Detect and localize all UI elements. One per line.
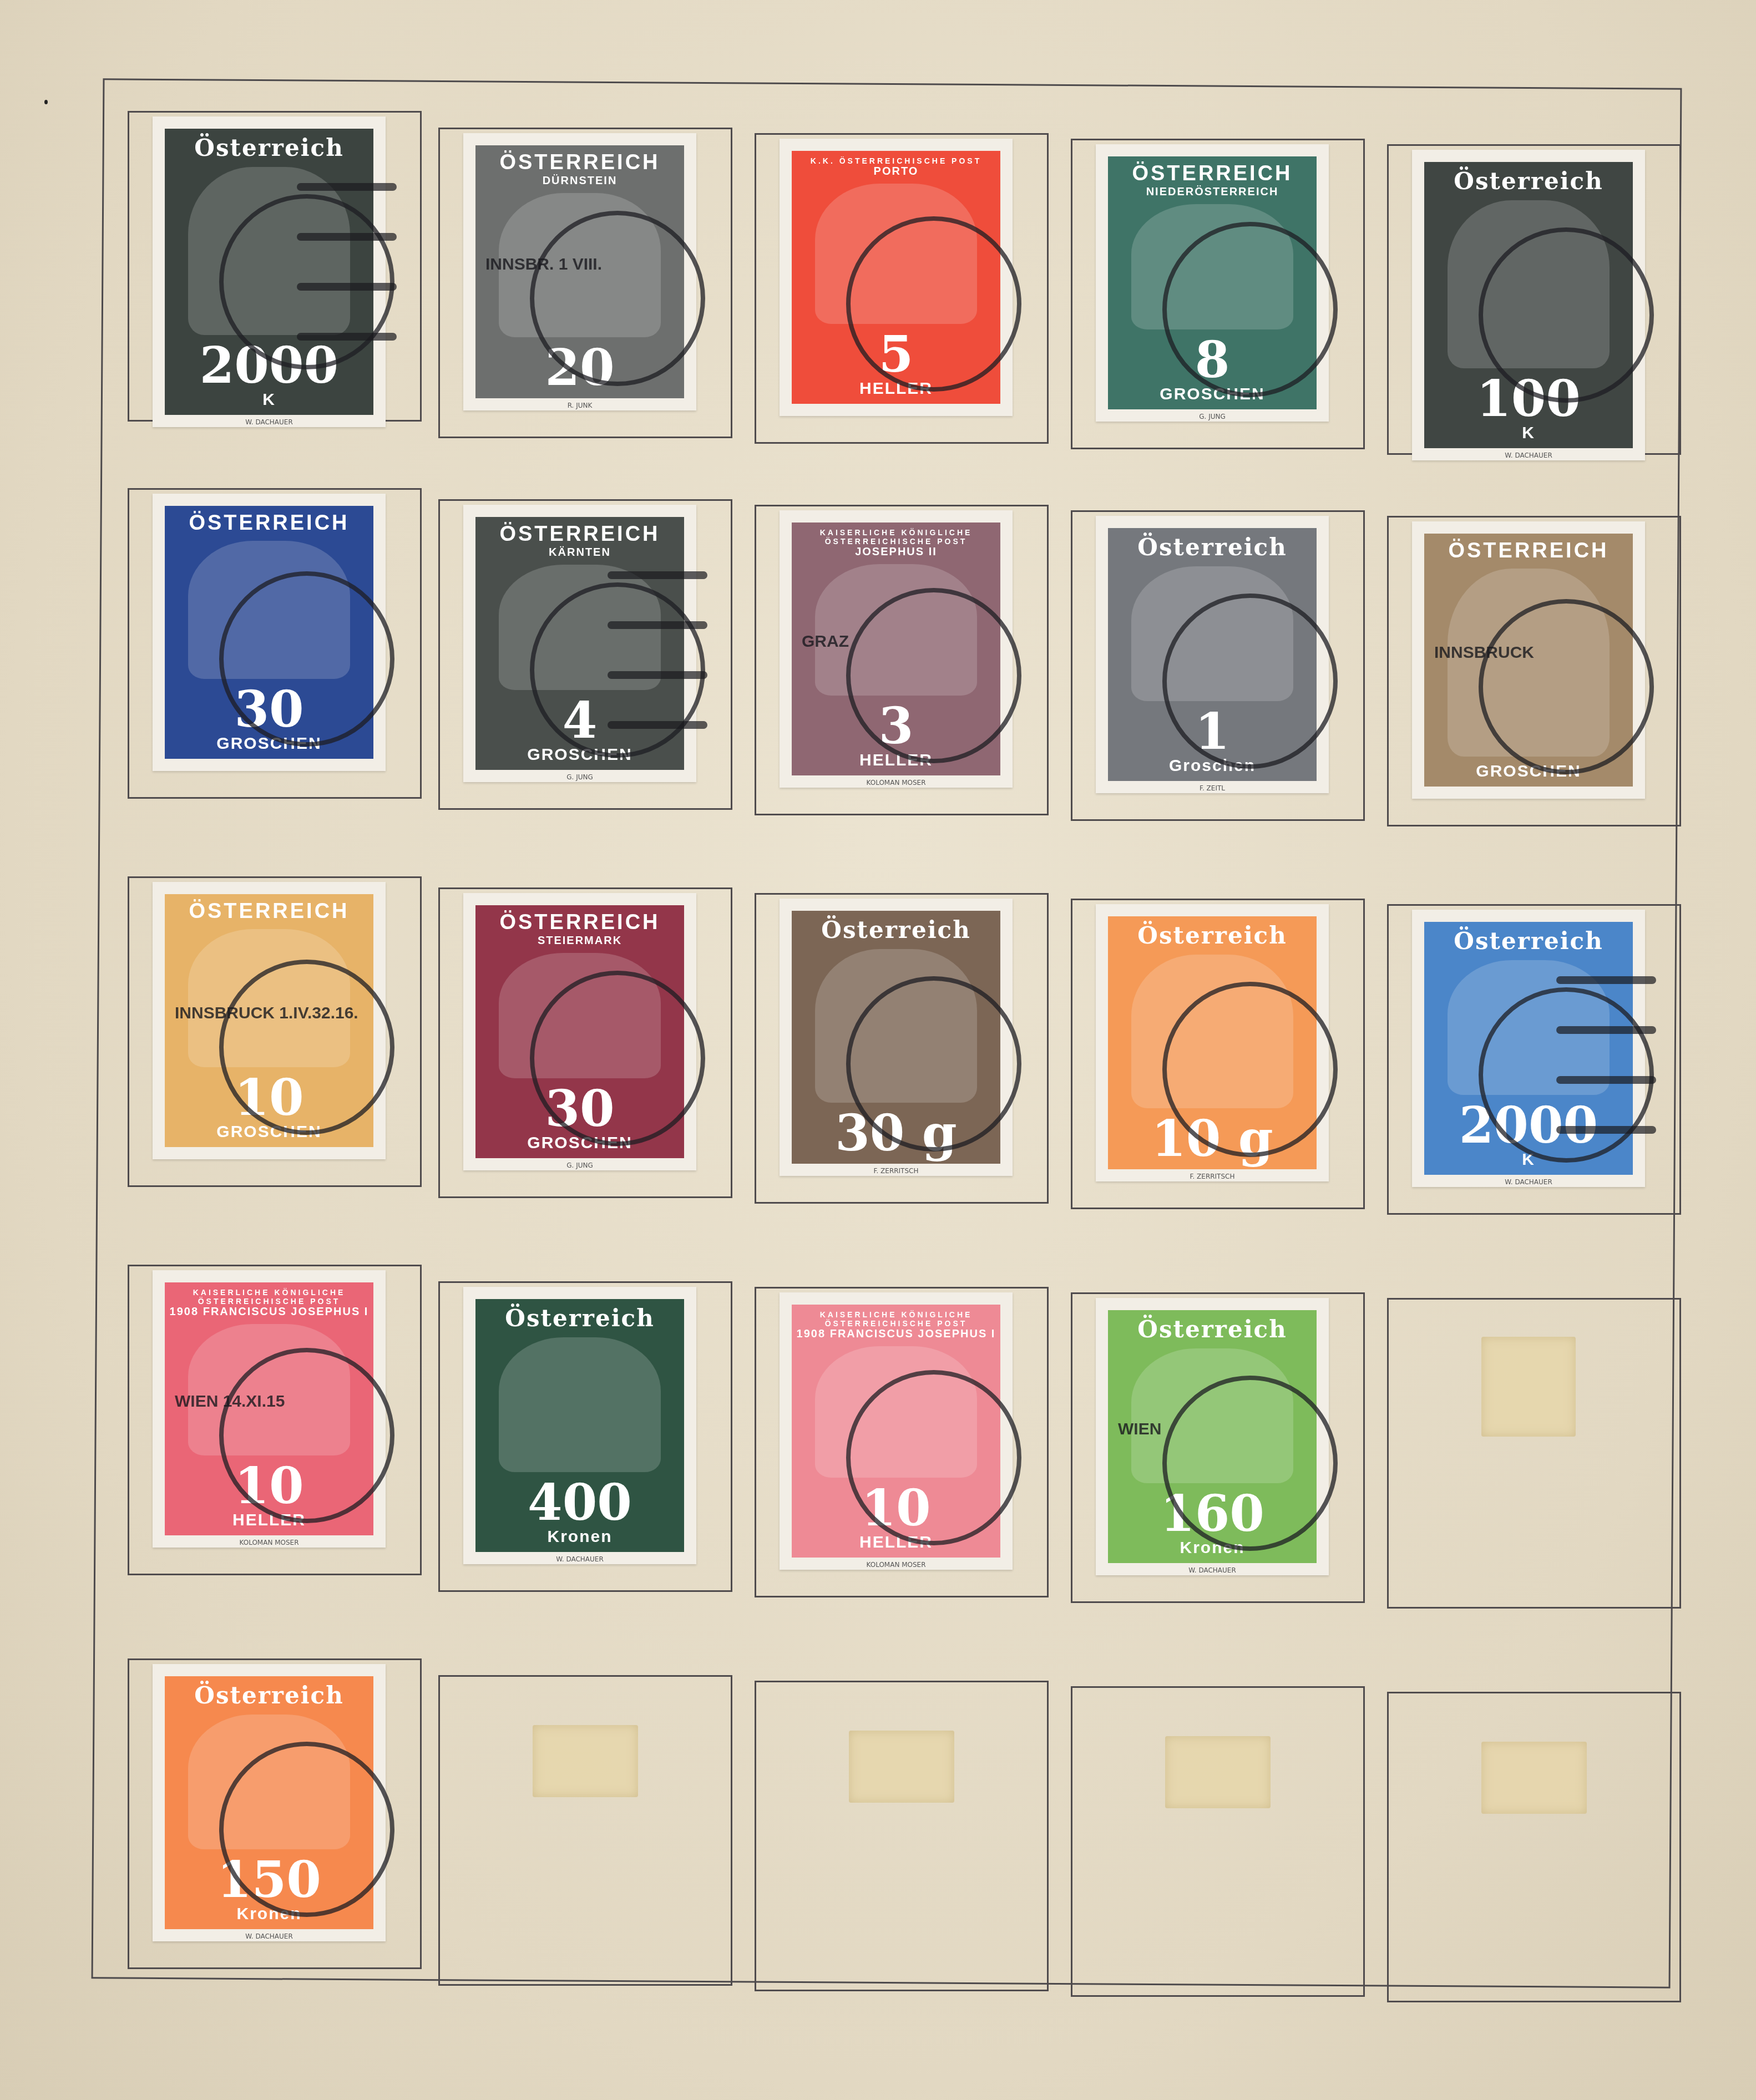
stamp-currency: GROSCHEN [216, 1123, 321, 1142]
stamp[interactable]: F. ZEITLÖsterreich1Groschen [1096, 516, 1329, 793]
stamp-value: 5 [879, 329, 914, 379]
postmark-bar [608, 621, 707, 629]
stamp[interactable]: KOLOMAN MOSERKAISERLICHE KÖNIGLICHE ÖSTE… [153, 1270, 386, 1548]
stamp[interactable]: F. ZERRITSCHÖsterreich30 g [780, 899, 1013, 1176]
stamp-hinge-remnant [849, 1731, 954, 1803]
stamp-designer-imprint: KOLOMAN MOSER [780, 1561, 1013, 1569]
stamp-value: 30 [545, 1084, 614, 1134]
paper-speck [44, 100, 48, 104]
postmark-text: WIEN [1118, 1420, 1161, 1439]
stamp-currency: Kronen [1180, 1539, 1245, 1558]
stamp-designer-imprint: F. ZERRITSCH [1096, 1173, 1329, 1180]
stamp[interactable]: K.K. ÖSTERREICHISCHE POSTPORTO5HELLER [780, 139, 1013, 416]
stamp-portrait-motif [815, 184, 976, 324]
stamp-designer-imprint: KOLOMAN MOSER [153, 1539, 386, 1546]
stamp-hinge-remnant [1165, 1736, 1271, 1808]
postmark-bar [1556, 1126, 1656, 1134]
stamp-country-text: KAISERLICHE KÖNIGLICHE ÖSTERREICHISCHE P… [168, 1288, 370, 1306]
stamp-portrait-motif [1131, 1348, 1293, 1483]
stamp-designer-imprint: G. JUNG [1096, 413, 1329, 420]
stamp-design: Österreich100K [1424, 162, 1633, 448]
stamp-currency: K [1522, 1150, 1535, 1169]
stamp[interactable]: KOLOMAN MOSERKAISERLICHE KÖNIGLICHE ÖSTE… [780, 1292, 1013, 1570]
stamp-value: 100 [1476, 374, 1581, 424]
stamp-currency: HELLER [859, 379, 933, 398]
stamp-value: 4 [563, 696, 598, 745]
stamp-country-text: Österreich [821, 916, 970, 944]
postmark-text: INNSBRUCK 1.IV.32.16. [175, 1004, 358, 1023]
stamp-portrait-motif [188, 541, 350, 679]
stamp[interactable]: ÖSTERREICHGROSCHENINNSBRUCK [1412, 521, 1645, 799]
stamp-design: ÖSTERREICHSTEIERMARK30GROSCHEN [475, 905, 684, 1158]
stamp-country-text: ÖSTERREICH [189, 900, 349, 924]
stamp-design: Österreich2000K [1424, 922, 1633, 1175]
postmark-text: WIEN 14.XI.15 [175, 1392, 285, 1411]
stamp[interactable]: W. DACHAUERÖsterreich400Kronen [463, 1287, 696, 1564]
stamp-hinge-remnant [1481, 1337, 1576, 1437]
stamp-portrait-motif [188, 167, 350, 335]
stamp[interactable]: W. DACHAUERÖsterreich100K [1412, 150, 1645, 460]
stamp-designer-imprint: F. ZERRITSCH [780, 1167, 1013, 1175]
stamp[interactable]: KOLOMAN MOSERKAISERLICHE KÖNIGLICHE ÖSTE… [780, 510, 1013, 788]
stamp-country-text: KAISERLICHE KÖNIGLICHE ÖSTERREICHISCHE P… [795, 1310, 997, 1328]
stamp-portrait-motif [188, 1715, 350, 1849]
stamp-portrait-motif [815, 949, 976, 1103]
stamp-country-text: KAISERLICHE KÖNIGLICHE ÖSTERREICHISCHE P… [795, 528, 997, 546]
stamp-country-text: Österreich [194, 1682, 343, 1709]
stamp-slot [755, 1681, 1049, 1991]
stamp-portrait-motif [1131, 955, 1293, 1108]
stamp[interactable]: W. DACHAUERÖsterreich150Kronen [153, 1664, 386, 1941]
stamp-country-text: K.K. ÖSTERREICHISCHE POST [811, 156, 981, 165]
postmark-bar [297, 183, 397, 191]
stamp-design: ÖSTERREICHKÄRNTEN4GROSCHEN [475, 517, 684, 770]
stamp-value: 2000 [200, 341, 339, 390]
stamp-designer-imprint: R. JUNK [463, 402, 696, 409]
stamp-portrait-motif [499, 1337, 660, 1472]
stamp[interactable]: F. ZERRITSCHÖsterreich10 g [1096, 904, 1329, 1181]
stamp-country-text: Österreich [1137, 534, 1287, 561]
stamp-hinge-remnant [1481, 1742, 1587, 1814]
stamp-value: 10 [234, 1461, 303, 1511]
stamp-designer-imprint: KOLOMAN MOSER [780, 779, 1013, 787]
stamp[interactable]: ÖSTERREICH10GROSCHENINNSBRUCK 1.IV.32.16… [153, 882, 386, 1159]
stamp-currency: Groschen [1169, 757, 1256, 775]
stamp[interactable]: G. JUNGÖSTERREICHKÄRNTEN4GROSCHEN [463, 505, 696, 782]
stamp-value: 1 [1195, 707, 1230, 757]
stamp-design: Österreich400Kronen [475, 1299, 684, 1552]
stamp-currency: Kronen [237, 1905, 302, 1924]
stamp-caption: JOSEPHUS II [855, 546, 937, 559]
postmark-bar [1556, 1026, 1656, 1034]
stamp-value: 10 [861, 1483, 930, 1533]
stamp-portrait-motif [499, 953, 660, 1078]
stamp[interactable]: R. JUNKÖSTERREICHDÜRNSTEIN20INNSBR. 1 VI… [463, 133, 696, 410]
stamp-currency: GROSCHEN [527, 745, 632, 764]
stamp-currency: HELLER [859, 751, 933, 770]
stamp[interactable]: G. JUNGÖSTERREICHNIEDERÖSTERREICH8GROSCH… [1096, 144, 1329, 422]
stamp-designer-imprint: G. JUNG [463, 1161, 696, 1169]
postmark-bar [608, 721, 707, 729]
stamp-design: Österreich10 g [1108, 916, 1317, 1169]
postmark-bar [1556, 1076, 1656, 1084]
stamp-design: ÖSTERREICH30GROSCHEN [165, 506, 373, 759]
stamp-caption: 1908 FRANCISCUS JOSEPHUS I [797, 1328, 996, 1341]
stamp-value: 400 [528, 1478, 632, 1528]
stamp-country-text: ÖSTERREICH [499, 151, 660, 175]
postmark-text: INNSBR. 1 VIII. [485, 255, 602, 274]
stamp-currency: HELLER [232, 1511, 306, 1530]
stamp-designer-imprint: W. DACHAUER [153, 418, 386, 426]
stamp-portrait-motif [188, 1324, 350, 1455]
stamp-country-text: Österreich [1454, 168, 1603, 195]
stamp[interactable]: W. DACHAUERÖsterreich2000K [153, 116, 386, 427]
stamp-value: 20 [545, 343, 614, 393]
stamp[interactable]: W. DACHAUERÖsterreich2000K [1412, 910, 1645, 1187]
stamp-design: K.K. ÖSTERREICHISCHE POSTPORTO5HELLER [792, 151, 1000, 404]
postmark-text: INNSBRUCK [1434, 643, 1534, 662]
stamp-value: 30 [234, 684, 303, 734]
stamp-portrait-motif [1131, 566, 1293, 701]
stamp-designer-imprint: W. DACHAUER [1412, 452, 1645, 459]
stamp-caption: KÄRNTEN [549, 546, 611, 559]
stamp-portrait-motif [1131, 204, 1293, 329]
postmark-bar [608, 571, 707, 579]
stamp-slot [438, 1675, 732, 1986]
postmark-bar [297, 333, 397, 341]
stamp-value: 8 [1195, 335, 1230, 385]
stamp-country-text: Österreich [1137, 922, 1287, 949]
stamp-caption: 1908 FRANCISCUS JOSEPHUS I [170, 1306, 369, 1318]
stamp[interactable]: G. JUNGÖSTERREICHSTEIERMARK30GROSCHEN [463, 893, 696, 1170]
stamp-designer-imprint: G. JUNG [463, 773, 696, 781]
stamp-design: Österreich2000K [165, 129, 373, 415]
stamp-portrait-motif [815, 1346, 976, 1478]
postmark-bar [297, 283, 397, 291]
stamp-currency: GROSCHEN [1476, 762, 1581, 781]
stamp-currency: K [262, 390, 276, 409]
stamp-designer-imprint: W. DACHAUER [1096, 1566, 1329, 1574]
stamp-caption: NIEDERÖSTERREICH [1146, 186, 1279, 199]
stamp-value: 160 [1160, 1489, 1264, 1539]
stamp-country-text: ÖSTERREICH [499, 523, 660, 546]
stamp-country-text: Österreich [194, 134, 343, 161]
stamp-value: 2000 [1459, 1100, 1598, 1150]
stamp-caption: PORTO [874, 165, 919, 178]
stamp-currency: GROSCHEN [216, 734, 321, 753]
stamp-country-text: ÖSTERREICH [1448, 539, 1608, 563]
stamp-slot [1387, 1692, 1681, 2002]
stamp-value: 150 [217, 1855, 321, 1905]
stamp-value: 10 g [1151, 1114, 1273, 1164]
stamp[interactable]: ÖSTERREICH30GROSCHEN [153, 494, 386, 771]
stamp-designer-imprint: F. ZEITL [1096, 784, 1329, 792]
stamp-currency: GROSCHEN [1160, 385, 1264, 404]
stamp-designer-imprint: W. DACHAUER [463, 1555, 696, 1563]
stamp-design: KAISERLICHE KÖNIGLICHE ÖSTERREICHISCHE P… [792, 1305, 1000, 1558]
stamp-designer-imprint: W. DACHAUER [153, 1932, 386, 1940]
stamp-country-text: ÖSTERREICH [189, 511, 349, 535]
stamp-value: 30 g [835, 1108, 957, 1158]
stamp-country-text: Österreich [1137, 1316, 1287, 1343]
postmark-text: GRAZ [802, 632, 849, 651]
stamp-design: Österreich1Groschen [1108, 528, 1317, 781]
stamp-design: Österreich150Kronen [165, 1676, 373, 1929]
postmark-bar [608, 671, 707, 679]
stamp-hinge-remnant [533, 1725, 638, 1797]
stamp-currency: K [1522, 424, 1535, 443]
stamp-caption: DÜRNSTEIN [543, 175, 618, 187]
stamp-portrait-motif [188, 929, 350, 1067]
stamp-designer-imprint: W. DACHAUER [1412, 1178, 1645, 1186]
postmark-bar [297, 233, 397, 241]
stamp-slot [1071, 1686, 1365, 1997]
stamp-portrait-motif [1448, 200, 1609, 368]
stamp-value: 3 [879, 701, 914, 751]
stamp-portrait-motif [815, 564, 976, 696]
stamp-currency: GROSCHEN [527, 1134, 632, 1153]
stamp-currency: HELLER [859, 1533, 933, 1552]
stamp-portrait-motif [1448, 569, 1609, 757]
stamp-design: Österreich30 g [792, 911, 1000, 1164]
stamp-country-text: ÖSTERREICH [1132, 162, 1292, 186]
stamp-design: ÖSTERREICHNIEDERÖSTERREICH8GROSCHEN [1108, 156, 1317, 409]
stamp[interactable]: W. DACHAUERÖsterreich160KronenWIEN [1096, 1298, 1329, 1575]
stamp-caption: STEIERMARK [538, 935, 622, 947]
stamp-country-text: ÖSTERREICH [499, 911, 660, 935]
stamp-country-text: Österreich [505, 1305, 654, 1332]
postmark-bar [1556, 976, 1656, 984]
stamp-country-text: Österreich [1454, 927, 1603, 955]
stamp-value: 10 [234, 1073, 303, 1123]
stamp-currency: Kronen [548, 1528, 613, 1546]
